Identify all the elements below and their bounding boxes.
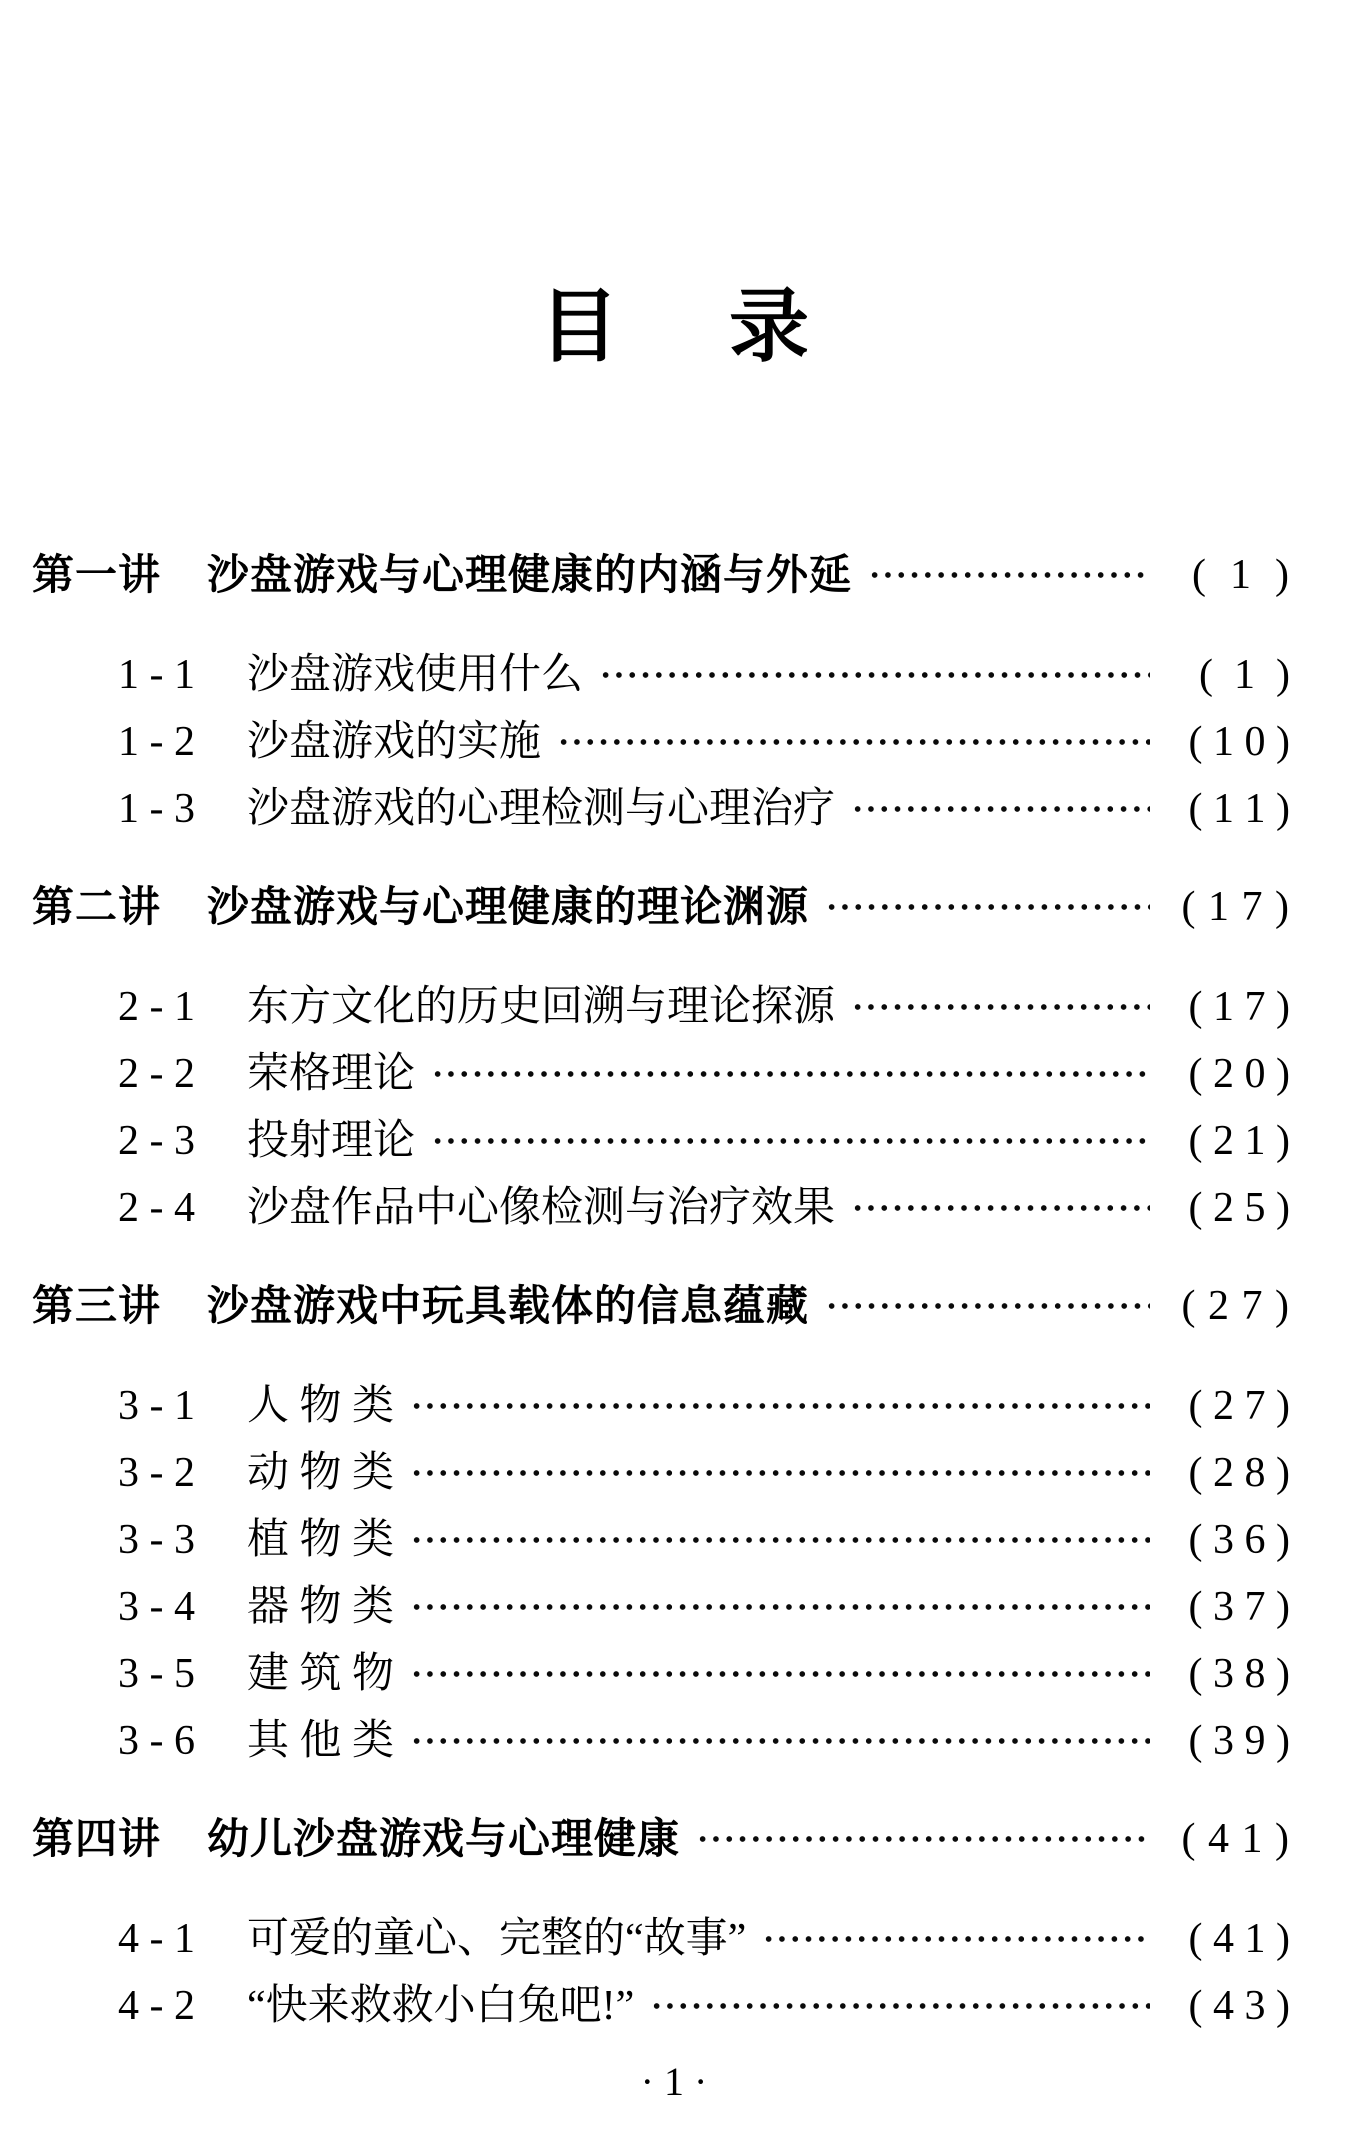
page-title: 目 录 (0, 288, 1348, 368)
entry-title: 动 物 类 (247, 1451, 394, 1495)
dot-leader (868, 553, 1150, 597)
entry-title: 投射理论 (247, 1119, 415, 1163)
entry-page-number: ( 3 7 ) (1168, 1585, 1290, 1629)
toc-item-row: 3 - 2动 物 类( 2 8 ) (32, 1451, 1290, 1495)
entry-number: 1 - 3 (118, 787, 247, 831)
entry-title: 沙盘游戏的实施 (247, 720, 541, 764)
entry-title: 荣格理论 (247, 1052, 415, 1096)
book-toc-page: { "page": { "title": "目 录", "footer": "·… (0, 0, 1348, 2143)
entry-title: 器 物 类 (247, 1585, 394, 1629)
entry-page-number: ( 1 ) (1168, 653, 1290, 697)
entry-page-number: ( 2 8 ) (1168, 1451, 1290, 1495)
entry-page-number: ( 2 1 ) (1168, 1119, 1290, 1163)
entry-page-number: ( 4 3 ) (1168, 1984, 1290, 2028)
entry-page-number: ( 1 1 ) (1168, 787, 1290, 831)
entry-page-number: ( 1 0 ) (1168, 720, 1290, 764)
entry-page-number: ( 4 1 ) (1168, 1817, 1290, 1861)
entry-title: 可爱的童心、完整的“故事” (247, 1917, 746, 1961)
toc-list: 第一讲沙盘游戏与心理健康的内涵与外延( 1 )1 - 1沙盘游戏使用什么( 1 … (32, 553, 1290, 2051)
entry-title: 沙盘游戏使用什么 (247, 653, 583, 697)
entry-page-number: ( 3 6 ) (1168, 1518, 1290, 1562)
entry-number: 2 - 4 (118, 1186, 247, 1230)
toc-item-row: 4 - 2“快来救救小白兔吧!”( 4 3 ) (32, 1984, 1290, 2028)
entry-page-number: ( 1 ) (1168, 553, 1290, 597)
entry-title: 沙盘游戏的心理检测与心理治疗 (247, 787, 835, 831)
dot-leader (410, 1585, 1150, 1629)
entry-page-number: ( 3 8 ) (1168, 1652, 1290, 1696)
toc-item-row: 3 - 6其 他 类( 3 9 ) (32, 1719, 1290, 1763)
dot-leader (825, 1284, 1150, 1328)
entry-page-number: ( 2 7 ) (1168, 1384, 1290, 1428)
entry-title: 东方文化的历史回溯与理论探源 (247, 985, 835, 1029)
entry-number: 2 - 3 (118, 1119, 247, 1163)
entry-title: 建 筑 物 (247, 1652, 394, 1696)
entry-number: 3 - 4 (118, 1585, 247, 1629)
entry-title: 沙盘游戏与心理健康的理论渊源 (207, 885, 809, 929)
dot-leader (762, 1917, 1150, 1961)
entry-number: 第四讲 (32, 1817, 207, 1861)
toc-item-row: 3 - 1人 物 类( 2 7 ) (32, 1384, 1290, 1428)
entry-number: 3 - 5 (118, 1652, 247, 1696)
entry-title: 植 物 类 (247, 1518, 394, 1562)
entry-title: 幼儿沙盘游戏与心理健康 (207, 1817, 680, 1861)
dot-leader (851, 787, 1150, 831)
dot-leader (431, 1119, 1150, 1163)
entry-number: 3 - 3 (118, 1518, 247, 1562)
entry-page-number: ( 1 7 ) (1168, 985, 1290, 1029)
entry-page-number: ( 2 7 ) (1168, 1284, 1290, 1328)
toc-item-row: 2 - 4沙盘作品中心像检测与治疗效果( 2 5 ) (32, 1186, 1290, 1230)
entry-title: 沙盘作品中心像检测与治疗效果 (247, 1186, 835, 1230)
page-number-footer: · 1 · (0, 2062, 1348, 2102)
entry-page-number: ( 3 9 ) (1168, 1719, 1290, 1763)
entry-number: 第一讲 (32, 553, 207, 597)
toc-item-row: 2 - 3投射理论( 2 1 ) (32, 1119, 1290, 1163)
toc-item-row: 1 - 1沙盘游戏使用什么( 1 ) (32, 653, 1290, 697)
entry-title: 人 物 类 (247, 1384, 394, 1428)
entry-page-number: ( 4 1 ) (1168, 1917, 1290, 1961)
toc-item-row: 2 - 1东方文化的历史回溯与理论探源( 1 7 ) (32, 985, 1290, 1029)
entry-page-number: ( 2 5 ) (1168, 1186, 1290, 1230)
toc-chapter-row: 第四讲幼儿沙盘游戏与心理健康( 4 1 ) (32, 1817, 1290, 1861)
toc-item-row: 1 - 3沙盘游戏的心理检测与心理治疗( 1 1 ) (32, 787, 1290, 831)
dot-leader (410, 1518, 1150, 1562)
dot-leader (851, 985, 1150, 1029)
dot-leader (599, 653, 1150, 697)
toc-item-row: 3 - 3植 物 类( 3 6 ) (32, 1518, 1290, 1562)
toc-item-row: 4 - 1可爱的童心、完整的“故事”( 4 1 ) (32, 1917, 1290, 1961)
entry-title: 沙盘游戏中玩具载体的信息蕴藏 (207, 1284, 809, 1328)
entry-number: 3 - 1 (118, 1384, 247, 1428)
toc-chapter-row: 第三讲沙盘游戏中玩具载体的信息蕴藏( 2 7 ) (32, 1284, 1290, 1328)
entry-number: 2 - 2 (118, 1052, 247, 1096)
dot-leader (431, 1052, 1150, 1096)
toc-item-row: 2 - 2荣格理论( 2 0 ) (32, 1052, 1290, 1096)
dot-leader (696, 1817, 1150, 1861)
entry-title: 沙盘游戏与心理健康的内涵与外延 (207, 553, 852, 597)
entry-number: 3 - 6 (118, 1719, 247, 1763)
entry-page-number: ( 2 0 ) (1168, 1052, 1290, 1096)
dot-leader (851, 1186, 1150, 1230)
entry-number: 3 - 2 (118, 1451, 247, 1495)
dot-leader (410, 1652, 1150, 1696)
entry-number: 第二讲 (32, 885, 207, 929)
entry-page-number: ( 1 7 ) (1168, 885, 1290, 929)
dot-leader (410, 1451, 1150, 1495)
entry-number: 1 - 1 (118, 653, 247, 697)
dot-leader (557, 720, 1150, 764)
toc-item-row: 3 - 4器 物 类( 3 7 ) (32, 1585, 1290, 1629)
entry-number: 4 - 2 (118, 1984, 247, 2028)
entry-number: 1 - 2 (118, 720, 247, 764)
dot-leader (410, 1384, 1150, 1428)
toc-chapter-row: 第二讲沙盘游戏与心理健康的理论渊源( 1 7 ) (32, 885, 1290, 929)
entry-number: 第三讲 (32, 1284, 207, 1328)
dot-leader (650, 1984, 1150, 2028)
entry-number: 4 - 1 (118, 1917, 247, 1961)
dot-leader (825, 885, 1150, 929)
entry-title: “快来救救小白兔吧!” (247, 1984, 634, 2028)
entry-title: 其 他 类 (247, 1719, 394, 1763)
dot-leader (410, 1719, 1150, 1763)
toc-chapter-row: 第一讲沙盘游戏与心理健康的内涵与外延( 1 ) (32, 553, 1290, 597)
toc-item-row: 3 - 5建 筑 物( 3 8 ) (32, 1652, 1290, 1696)
toc-item-row: 1 - 2沙盘游戏的实施( 1 0 ) (32, 720, 1290, 764)
entry-number: 2 - 1 (118, 985, 247, 1029)
